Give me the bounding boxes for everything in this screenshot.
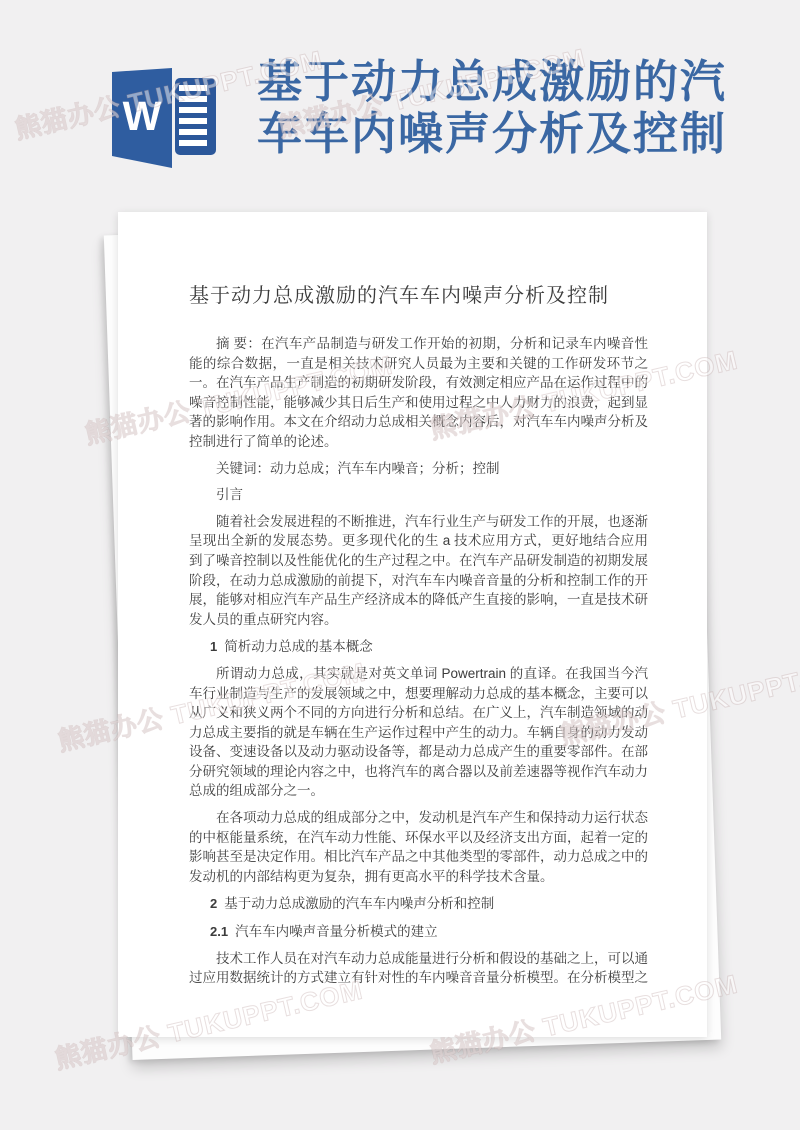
- document-title: 基于动力总成激励的汽车车内噪声分析及控制: [189, 282, 648, 310]
- section-heading-2: 2基于动力总成激励的汽车车内噪声分析和控制: [189, 894, 648, 914]
- abstract-paragraph: 摘 要：在汽车产品制造与研发工作开始的初期，分析和记录车内噪音性能的综合数据，一…: [189, 334, 648, 452]
- introduction-paragraph: 随着社会发展进程的不断推进，汽车行业生产与研发工作的开展，也逐渐呈现出全新的发展…: [189, 512, 648, 630]
- section-number: 1: [210, 639, 217, 654]
- section-heading-2-1: 2.1汽车车内噪声音量分析模式的建立: [189, 922, 648, 942]
- document-body: 基于动力总成激励的汽车车内噪声分析及控制 摘 要：在汽车产品制造与研发工作开始的…: [118, 212, 707, 1037]
- document-preview-page: { "colors": { "title_blue": "#3a67a3", "…: [0, 0, 800, 1130]
- paper-front-sheet: 基于动力总成激励的汽车车内噪声分析及控制 摘 要：在汽车产品制造与研发工作开始的…: [118, 212, 707, 1037]
- section-title: 简析动力总成的基本概念: [224, 639, 373, 654]
- section-heading-1: 1简析动力总成的基本概念: [189, 637, 648, 657]
- model-paragraph: 技术工作人员在对汽车动力总成能量进行分析和假设的基础之上，可以通过应用数据统计的…: [189, 949, 648, 988]
- keywords-line: 关键词：动力总成；汽车车内噪音；分析；控制: [189, 459, 648, 479]
- section-number: 2: [210, 896, 217, 911]
- engine-paragraph: 在各项动力总成的组成部分之中，发动机是汽车产生和保持动力运行状态的中枢能量系统，…: [189, 808, 648, 886]
- section-title: 汽车车内噪声音量分析模式的建立: [235, 924, 438, 939]
- introduction-label: 引言: [189, 485, 648, 505]
- document-preview: 基于动力总成激励的汽车车内噪声分析及控制 摘 要：在汽车产品制造与研发工作开始的…: [0, 0, 800, 1130]
- section-number: 2.1: [210, 924, 228, 939]
- section-title: 基于动力总成激励的汽车车内噪声分析和控制: [224, 896, 494, 911]
- powertrain-paragraph: 所谓动力总成，其实就是对英文单词 Powertrain 的直译。在我国当今汽车行…: [189, 664, 648, 801]
